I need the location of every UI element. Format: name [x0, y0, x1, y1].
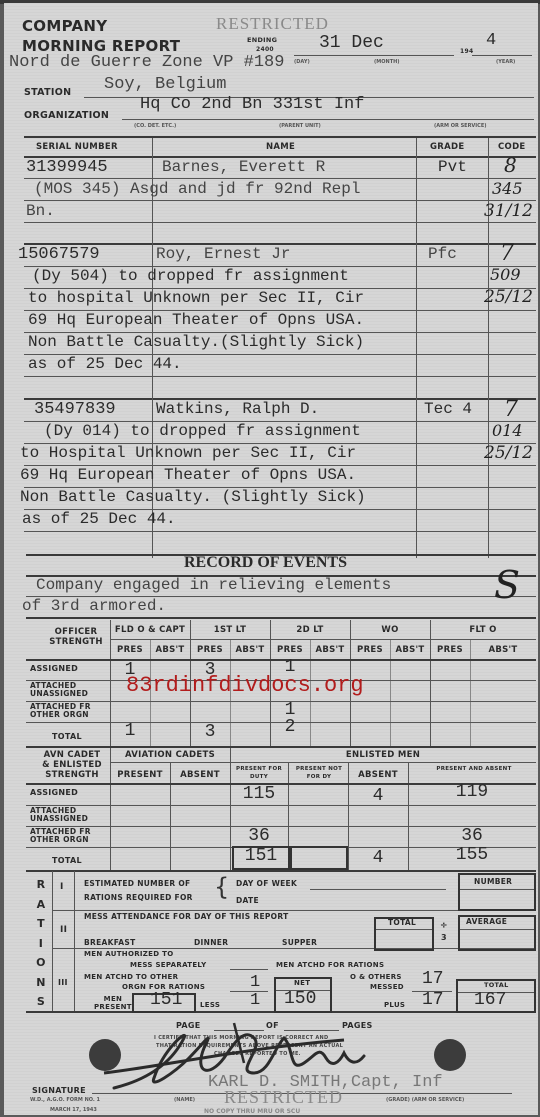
- mess-attendance-label: MESS ATTENDANCE FOR DAY OF THIS REPORT: [84, 912, 289, 921]
- grade-caption: (GRADE) (ARM OR SERVICE): [386, 1097, 464, 1103]
- breakfast-label: BREAKFAST: [84, 938, 136, 947]
- subcol-enlisted-absent: ABSENT: [348, 770, 408, 780]
- officer-group-fld-o-capt: FLD O & CAPT: [110, 625, 190, 635]
- org-caption-unit: (CO. DET. ETC.): [134, 123, 176, 129]
- year-line: [472, 55, 532, 56]
- restricted-stamp-bottom: RESTRICTED: [224, 1087, 343, 1108]
- subcol-pres: PRES: [190, 645, 230, 655]
- less-value[interactable]: 1: [250, 991, 260, 1010]
- section-i-numeral: I: [60, 882, 64, 892]
- form-id-line2: MARCH 17, 1943: [50, 1107, 97, 1113]
- remark-line: 69 Hq European Theater of Opns USA.: [20, 466, 356, 484]
- atchd-other-label1: MEN ATCHD TO OTHER: [84, 973, 178, 981]
- row-label-total: TOTAL: [52, 732, 82, 741]
- divide-by: 3: [441, 933, 447, 942]
- date-label: DATE: [236, 896, 259, 905]
- year-digit[interactable]: 4: [486, 31, 496, 50]
- col-serial-number: SERIAL NUMBER: [36, 142, 118, 152]
- day-caption: (DAY): [294, 59, 310, 65]
- dinner-label: DINNER: [194, 938, 228, 947]
- row-label-attached-fr-other: ATTACHED FROTHER ORGN: [30, 703, 91, 719]
- grade[interactable]: Pvt: [438, 158, 467, 176]
- number-label: NUMBER: [474, 877, 512, 886]
- enlisted-total-present-for-duty[interactable]: 151: [232, 846, 290, 866]
- roster-top-rule: [24, 136, 536, 138]
- divide-icon: ÷: [440, 921, 448, 931]
- report-date[interactable]: 31 Dec: [319, 33, 384, 53]
- code-mark: 8: [504, 153, 517, 177]
- events-line[interactable]: Company engaged in relieving elements: [36, 576, 391, 594]
- group-aviation-cadets: AVIATION CADETS: [110, 750, 230, 760]
- brace-icon: {: [214, 873, 229, 901]
- row-label-attached-unassigned: ATTACHEDUNASSIGNED: [30, 807, 88, 823]
- form-title-line1: COMPANY: [22, 17, 107, 35]
- men-present-value[interactable]: 151: [150, 990, 182, 1010]
- watermark-text: 83rdinfdivdocs.org: [126, 673, 364, 698]
- record-of-events-title: RECORD OF EVENTS: [184, 554, 347, 572]
- month-caption: (MONTH): [374, 59, 400, 65]
- subcol-abst: ABS'T: [150, 645, 190, 655]
- rations-side-label: R A T I O N S: [36, 875, 46, 1012]
- enlisted-total-present-and-absent[interactable]: 155: [408, 845, 536, 865]
- organization-line: [122, 119, 534, 120]
- atchd-for-rations-value[interactable]: 17: [422, 969, 444, 989]
- remark-line: 69 Hq European Theater of Opns USA.: [28, 311, 364, 329]
- code-note: 31/12: [484, 201, 533, 221]
- group-enlisted-men: ENLISTED MEN: [230, 750, 536, 760]
- remark-line: (MOS 345) Asgd and jd fr 92nd Repl: [34, 180, 360, 198]
- remark-line: to Hospital Unknown per Sec II, Cir: [20, 444, 356, 462]
- mess-separately-label1: MEN AUTHORIZED TO: [84, 950, 173, 958]
- code-mark: 7: [504, 397, 518, 422]
- rations-total-label: TOTAL: [484, 981, 509, 989]
- initials-mark: S: [494, 563, 520, 607]
- remark-line: as of 25 Dec 44.: [28, 355, 182, 373]
- net-value[interactable]: 150: [284, 989, 316, 1009]
- code-note: 014: [492, 421, 523, 440]
- station-label: STATION: [24, 87, 71, 98]
- atchd-other-value[interactable]: 1: [250, 973, 260, 992]
- enlisted-attached-present-for-duty[interactable]: 36: [230, 826, 288, 846]
- section-iii-numeral: III: [58, 978, 68, 987]
- col-code: CODE: [498, 142, 526, 152]
- subcol-pres: PRES: [430, 645, 470, 655]
- row-label-attached-fr-other: ATTACHED FROTHER ORGN: [30, 828, 91, 844]
- enlisted-attached-present-and-absent[interactable]: 36: [408, 826, 536, 846]
- subcol-present-not-for-duty: PRESENT NOT FOR DY: [294, 765, 344, 781]
- code-note: 25/12: [484, 443, 533, 463]
- code-note: 25/12: [484, 287, 533, 307]
- serial-number[interactable]: 15067579: [18, 245, 100, 264]
- subcol-cadets-absent: ABSENT: [170, 770, 230, 780]
- subcol-abst: ABS'T: [230, 645, 270, 655]
- average-label: AVERAGE: [466, 917, 507, 926]
- subcol-cadets-present: PRESENT: [110, 770, 170, 780]
- grade[interactable]: Tec 4: [424, 400, 472, 418]
- station-value[interactable]: Soy, Belgium: [104, 75, 226, 94]
- atchd-for-rations-label3: MESSED: [370, 983, 404, 991]
- officer-group-wo: WO: [350, 625, 430, 635]
- restricted-stamp-top: RESTRICTED: [216, 14, 329, 34]
- location-line[interactable]: Nord de Guerre Zone VP #189: [9, 53, 284, 72]
- events-line[interactable]: of 3rd armored.: [22, 597, 166, 615]
- enlisted-assigned-absent[interactable]: 4: [348, 786, 408, 806]
- officer-total-2dlt-pres[interactable]: 2: [270, 717, 310, 737]
- remark-line: Non Battle Casualty. (Slightly Sick): [20, 488, 366, 506]
- ending-label: ENDING: [247, 36, 277, 44]
- subcol-present-for-duty: PRESENT FOR DUTY: [236, 765, 282, 781]
- officer-total-1stlt-pres[interactable]: 3: [190, 722, 230, 742]
- rations-total-value[interactable]: 167: [474, 990, 506, 1010]
- row-label-attached-unassigned: ATTACHEDUNASSIGNED: [30, 682, 88, 698]
- no-copy-note: NO COPY THRU MRU OR SCU: [204, 1108, 300, 1115]
- row-label-assigned: ASSIGNED: [30, 664, 78, 673]
- net-label: NET: [294, 979, 310, 987]
- organization-value[interactable]: Hq Co 2nd Bn 331st Inf: [140, 95, 364, 114]
- name-caption: (NAME): [174, 1097, 195, 1103]
- day-of-week-label: DAY OF WEEK: [236, 879, 297, 888]
- signature-label: SIGNATURE: [32, 1086, 86, 1095]
- enlisted-total-absent[interactable]: 4: [348, 848, 408, 868]
- org-caption-arm: (ARM OR SERVICE): [434, 123, 487, 129]
- mess-total-label: TOTAL: [388, 918, 416, 927]
- officer-group-flt-o: FLT O: [430, 625, 536, 635]
- row-label-assigned: ASSIGNED: [30, 788, 78, 797]
- grade[interactable]: Pfc: [428, 245, 457, 263]
- remark-line: (Dy 014) to dropped fr assignment: [44, 422, 361, 440]
- officer-group-1st-lt: 1ST LT: [190, 625, 270, 635]
- subcol-pres: PRES: [110, 645, 150, 655]
- remark-line: Non Battle Casualty.(Slightly Sick): [28, 333, 364, 351]
- mess-separately-label2: MESS SEPARATELY: [130, 961, 206, 969]
- remark-line: Bn.: [26, 202, 55, 220]
- remark-line: to hospital Unknown per Sec II, Cir: [28, 289, 364, 307]
- officer-total-fld-pres[interactable]: 1: [110, 721, 150, 741]
- plus-label: PLUS: [384, 1001, 405, 1009]
- section-i-label1: ESTIMATED NUMBER OF: [84, 879, 190, 888]
- morning-report-form: COMPANY MORNING REPORT RESTRICTED ENDING…: [4, 3, 538, 1115]
- form-id-line1: W.D., A.G.O. FORM NO. 1: [30, 1097, 100, 1103]
- men-present-label: MEN PRESENT: [94, 995, 132, 1011]
- code-mark: 7: [500, 241, 514, 266]
- officer-group-2d-lt: 2D LT: [270, 625, 350, 635]
- soldier-name[interactable]: Roy, Ernest Jr: [156, 245, 290, 263]
- enlisted-assigned-present-and-absent[interactable]: 119: [408, 782, 536, 802]
- subcol-present-and-absent: PRESENT AND ABSENT: [434, 765, 514, 773]
- subcol-abst: ABS'T: [470, 645, 536, 655]
- subcol-pres: PRES: [270, 645, 310, 655]
- organization-label: ORGANIZATION: [24, 110, 109, 121]
- section-i-label2: RATIONS REQUIRED FOR: [84, 893, 193, 902]
- col-grade: GRADE: [430, 142, 464, 152]
- total-not-for-duty-box: [290, 846, 348, 870]
- enlisted-strength-title: AVN CADET & ENLISTED STRENGTH: [34, 750, 110, 780]
- code-note: 345: [492, 179, 523, 198]
- soldier-name[interactable]: Watkins, Ralph D.: [156, 400, 319, 418]
- row-label-total: TOTAL: [52, 856, 82, 865]
- soldier-name[interactable]: Barnes, Everett R: [162, 158, 325, 176]
- section-ii-numeral: II: [60, 925, 67, 935]
- remark-line: as of 25 Dec 44.: [22, 510, 176, 528]
- serial-number[interactable]: 35497839: [34, 400, 116, 419]
- punch-hole-right: [434, 1039, 466, 1071]
- remark-line: (Dy 504) to dropped fr assignment: [32, 267, 349, 285]
- col-name: NAME: [266, 142, 295, 152]
- mess-separately-field[interactable]: [230, 969, 268, 970]
- subcol-abst: ABS'T: [310, 645, 350, 655]
- less-label: LESS: [200, 1001, 220, 1009]
- serial-number[interactable]: 31399945: [26, 158, 108, 177]
- year-prefix: 194: [460, 48, 473, 55]
- plus-value[interactable]: 17: [422, 990, 444, 1010]
- atchd-for-rations-label1: MEN ATCHD FOR RATIONS: [276, 961, 384, 969]
- officer-strength-title: OFFICER STRENGTH: [44, 627, 108, 647]
- year-caption: (YEAR): [496, 59, 515, 65]
- subcol-abst: ABS'T: [390, 645, 430, 655]
- subcol-pres: PRES: [350, 645, 390, 655]
- atchd-for-rations-label2: O & OTHERS: [350, 973, 402, 981]
- date-line: [294, 55, 454, 56]
- day-of-week-field[interactable]: [310, 889, 446, 890]
- code-note: 509: [490, 265, 521, 284]
- ending-sub: 2400: [256, 46, 274, 53]
- org-caption-parent: (PARENT UNIT): [279, 123, 321, 129]
- supper-label: SUPPER: [282, 938, 317, 947]
- enlisted-assigned-present-for-duty[interactable]: 115: [230, 784, 288, 804]
